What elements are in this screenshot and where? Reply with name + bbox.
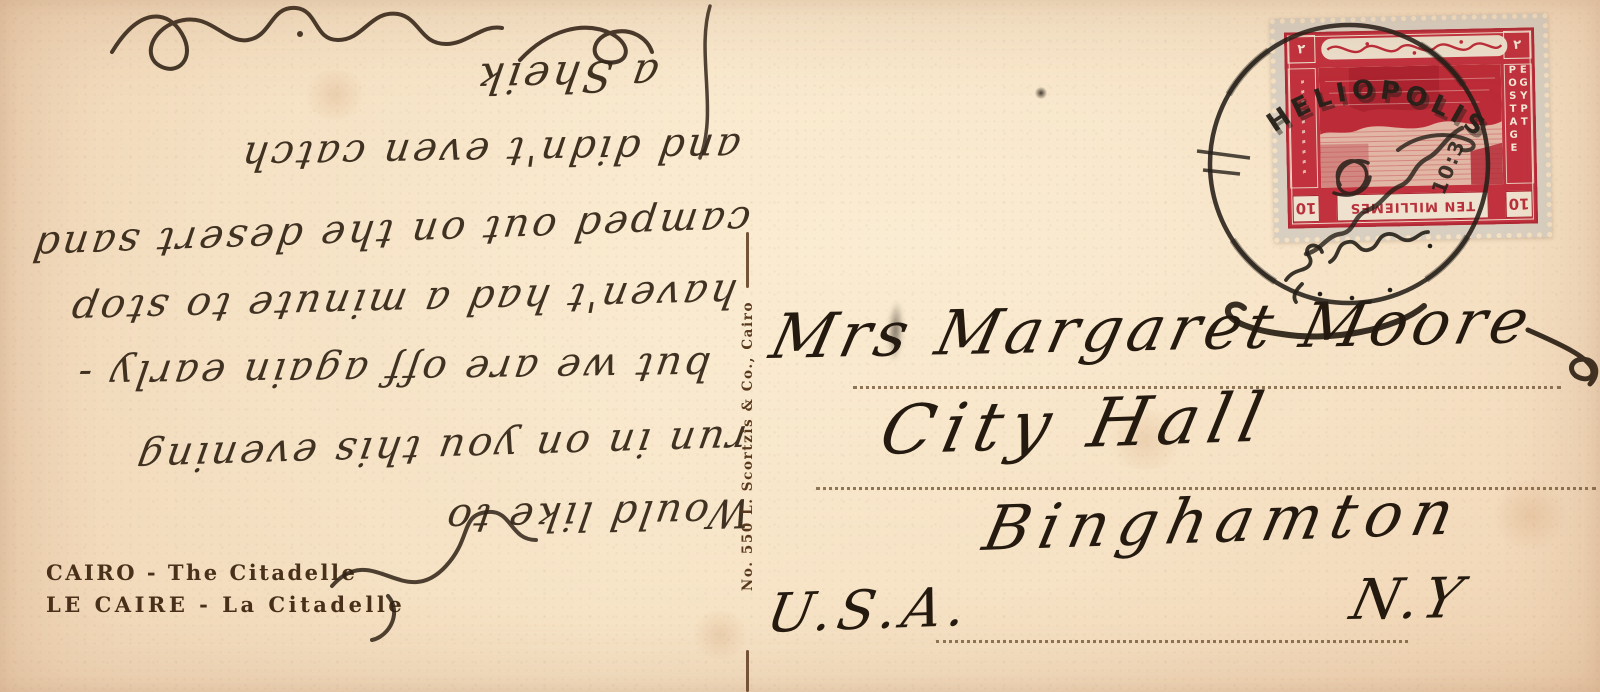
publisher-imprint: No. 550 L. Scortzis & Co., Cairo xyxy=(740,212,756,680)
stamp-denomination-right: 10 xyxy=(1505,190,1533,218)
stamp-value-tablet: TEN MILLIEMES xyxy=(1336,191,1489,221)
address-line2: City Hall xyxy=(874,379,1280,471)
caption-title-english: CAIRO - The Citadelle xyxy=(46,560,357,585)
message-line: and didn't even catch xyxy=(0,110,745,196)
stamp-vignette xyxy=(1319,64,1503,188)
ink-speck xyxy=(1035,86,1047,100)
divider-rule-bottom xyxy=(746,650,749,692)
address-state: N.Y xyxy=(1344,566,1472,633)
address-country: U.S.A. xyxy=(762,575,977,645)
handwritten-message: Would like to run in on you this evening… xyxy=(0,0,750,558)
stamp-engraving xyxy=(1319,64,1503,188)
address-dotted-line-3 xyxy=(936,640,1408,643)
stamp-frame: ٢ ٢ xyxy=(1284,27,1538,228)
stamp-corner-ornament: ٢ xyxy=(1503,30,1532,59)
stamp-country-label: EGYPT POSTAGE xyxy=(1507,65,1531,183)
pen-flourish-name-tail xyxy=(1528,330,1596,384)
stamp-top-ornament-band: ٢ ٢ xyxy=(1287,30,1532,65)
caption-title-french: LE CAIRE - La Citadelle xyxy=(46,592,405,617)
postage-stamp: ٢ ٢ xyxy=(1270,13,1553,243)
ink-smudge xyxy=(882,295,909,384)
postmark-killer-bars xyxy=(1197,151,1250,174)
stamp-denomination-left: 10 xyxy=(1292,194,1320,222)
address-name: Mrs Margaret Moore xyxy=(764,284,1541,373)
stamp-corner-ornament: ٢ xyxy=(1287,35,1316,64)
stamp-arabesque-ornament xyxy=(1319,32,1510,63)
foxing-spot xyxy=(1490,480,1570,550)
stamp-right-label-band: EGYPT POSTAGE xyxy=(1504,63,1535,184)
foxing-spot xyxy=(300,70,370,120)
stamp-left-ornament-band xyxy=(1288,68,1319,189)
postcard-back: Would like to run in on you this evening… xyxy=(0,0,1600,692)
stamp-value-band: 10 TEN MILLIEMES 10 xyxy=(1290,186,1535,225)
